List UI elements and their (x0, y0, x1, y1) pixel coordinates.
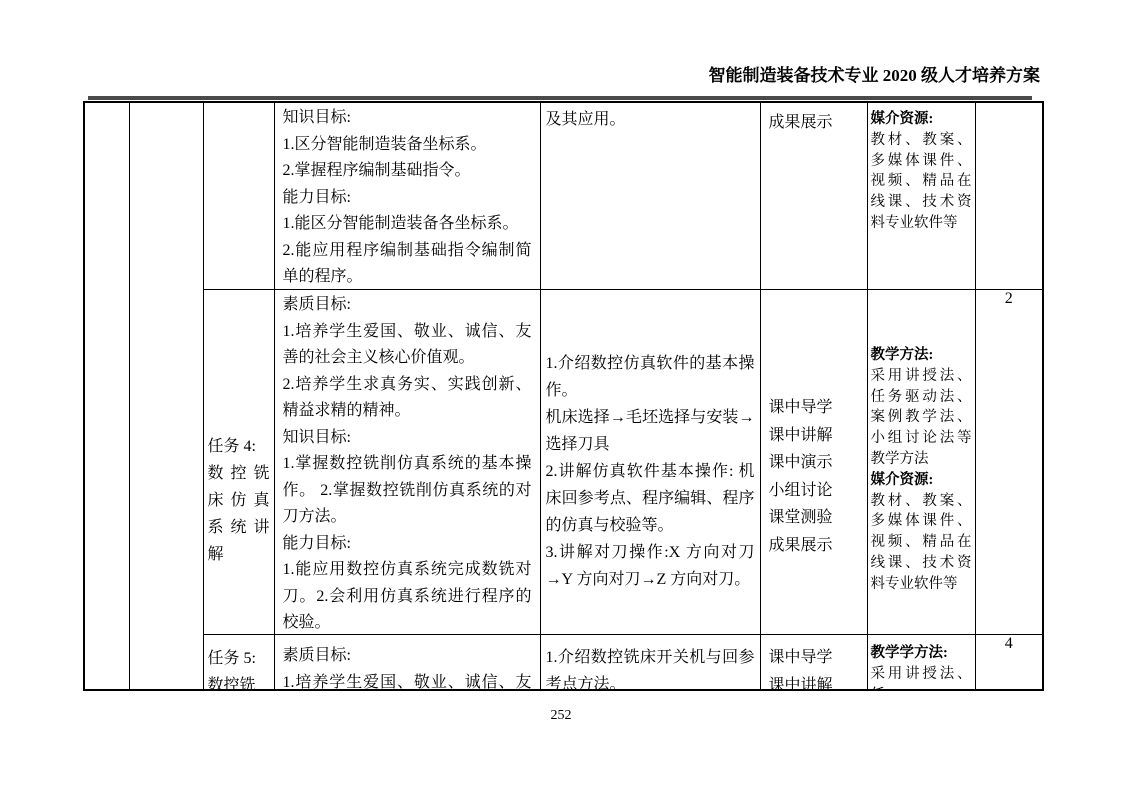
teaching-methods-text: 采用讲授法、任 (871, 664, 972, 689)
media-resources-label: 媒介资源: (871, 109, 972, 130)
cell-teaching-content: 及其应用。 (540, 102, 760, 290)
cell-activities: 成果展示 (760, 102, 867, 290)
table-row: 任务 4: 数控铣床仿真系统讲解 素质目标: 1.培养学生爱国、敬业、诚信、友善… (84, 290, 1043, 635)
objective-line: 2.掌握程序编制基础指令。 (283, 158, 532, 185)
cell-hours (975, 102, 1043, 290)
content-line: 2.讲解仿真软件基本操作: 机床回参考点、程序编辑、程序的仿真与校验等。 (546, 458, 755, 539)
cell-methods-resources: 教学方法: 采用讲授法、任务驱动法、案例教学法、小组讨论法等教学方法 媒介资源:… (867, 290, 975, 635)
activity-item: 课中讲解 (769, 422, 859, 450)
content-line: 1.介绍数控仿真软件的基本操作。 (546, 350, 755, 404)
activity-item: 课中演示 (769, 449, 859, 477)
cell-methods-resources: 教学学方法: 采用讲授法、任 (867, 635, 975, 691)
activity-item: 课中导学 (769, 644, 859, 672)
activity-item: 成果展示 (769, 532, 859, 560)
teaching-methods-text: 采用讲授法、任务驱动法、案例教学法、小组讨论法等教学方法 (871, 366, 972, 470)
objective-line: 能力目标: (283, 531, 532, 558)
activity-item: 课中导学 (769, 394, 859, 422)
task-name: 数控铣 (208, 672, 270, 689)
table-row: 知识目标: 1.区分智能制造装备坐标系。 2.掌握程序编制基础指令。 能力目标:… (84, 102, 1043, 290)
objective-line: 知识目标: (283, 425, 532, 452)
activity-item: 课堂测验 (769, 504, 859, 532)
cell-methods-resources: 媒介资源: 教材、教案、多媒体课件、视频、精品在线课、技术资料专业软件等 (867, 102, 975, 290)
media-resources-text: 教材、教案、多媒体课件、视频、精品在线课、技术资料专业软件等 (871, 491, 972, 595)
cell-task: 任务 4: 数控铣床仿真系统讲解 (203, 290, 274, 635)
cell-objectives: 知识目标: 1.区分智能制造装备坐标系。 2.掌握程序编制基础指令。 能力目标:… (274, 102, 540, 290)
objective-line: 1.掌握数控铣削仿真系统的基本操作。 2.掌握数控铣削仿真系统的对刀方法。 (283, 451, 532, 531)
objective-line: 知识目标: (283, 105, 532, 132)
cell-activities: 课中导学 课中讲解 课中演示 小组讨论 课堂测验 成果展示 (760, 290, 867, 635)
content-line: 1.介绍数控铣床开关机与回参考点方法。 (546, 644, 755, 689)
activity-item: 小组讨论 (769, 477, 859, 505)
media-resources-text: 教材、教案、多媒体课件、视频、精品在线课、技术资料专业软件等 (871, 130, 972, 234)
objective-line: 2.培养学生求真务实、实践创新、精益求精的精神。 (283, 372, 532, 425)
cell-task: 任务 5: 数控铣 (203, 635, 274, 691)
curriculum-table: 知识目标: 1.区分智能制造装备坐标系。 2.掌握程序编制基础指令。 能力目标:… (83, 101, 1044, 691)
page-number: 252 (0, 708, 1122, 724)
cell-hours: 2 (975, 290, 1043, 635)
cell-hours: 4 (975, 635, 1043, 691)
objective-line: 素质目标: (283, 643, 532, 670)
objective-line: 1.能区分智能制造装备各坐标系。 (283, 211, 532, 238)
objective-line: 1.培养学生爱国、敬业、诚信、友善 (283, 670, 532, 690)
cell-objectives: 素质目标: 1.培养学生爱国、敬业、诚信、友善 (274, 635, 540, 691)
content-line: 机床选择→毛坯选择与安装→选择刀具 (546, 404, 755, 458)
table-row: 任务 5: 数控铣 素质目标: 1.培养学生爱国、敬业、诚信、友善 1.介绍数控… (84, 635, 1043, 691)
cell-task (203, 102, 274, 290)
task-name: 数控铣床仿真系统讲解 (208, 460, 270, 568)
objective-line: 1.能应用数控仿真系统完成数铣对刀。2.会利用仿真系统进行程序的校验。 (283, 557, 532, 634)
activity-item: 成果展示 (769, 109, 859, 137)
cell-teaching-content: 1.介绍数控铣床开关机与回参考点方法。 (540, 635, 760, 691)
activity-item: 课中讲解 (769, 672, 859, 690)
teaching-methods-label: 教学方法: (871, 345, 972, 366)
cell-activities: 课中导学 课中讲解 (760, 635, 867, 691)
page-header-title: 智能制造装备技术专业 2020 级人才培养方案 (709, 61, 1041, 86)
media-resources-label: 媒介资源: (871, 470, 972, 491)
cell-teaching-content: 1.介绍数控仿真软件的基本操作。 机床选择→毛坯选择与安装→选择刀具 2.讲解仿… (540, 290, 760, 635)
objective-line: 能力目标: (283, 185, 532, 212)
objective-line: 素质目标: (283, 292, 532, 319)
teaching-methods-label: 教学学方法: (871, 643, 972, 664)
task-number: 任务 5: (208, 645, 270, 672)
cell-blank-col1 (84, 102, 129, 690)
document-page: 智能制造装备技术专业 2020 级人才培养方案 知识目标: 1.区分智能制造装备… (0, 0, 1122, 793)
header-rule (88, 96, 1032, 100)
content-line: 3.讲解对刀操作:X 方向对刀→Y 方向对刀→Z 方向对刀。 (546, 539, 755, 593)
cell-objectives: 素质目标: 1.培养学生爱国、敬业、诚信、友善的社会主义核心价值观。 2.培养学… (274, 290, 540, 635)
objective-line: 2.能应用程序编制基础指令编制简单的程序。 (283, 238, 532, 290)
objective-line: 1.培养学生爱国、敬业、诚信、友善的社会主义核心价值观。 (283, 319, 532, 372)
content-line: 及其应用。 (546, 106, 755, 133)
objective-line: 1.区分智能制造装备坐标系。 (283, 132, 532, 159)
cell-blank-col2 (129, 102, 203, 690)
task-number: 任务 4: (208, 433, 270, 460)
